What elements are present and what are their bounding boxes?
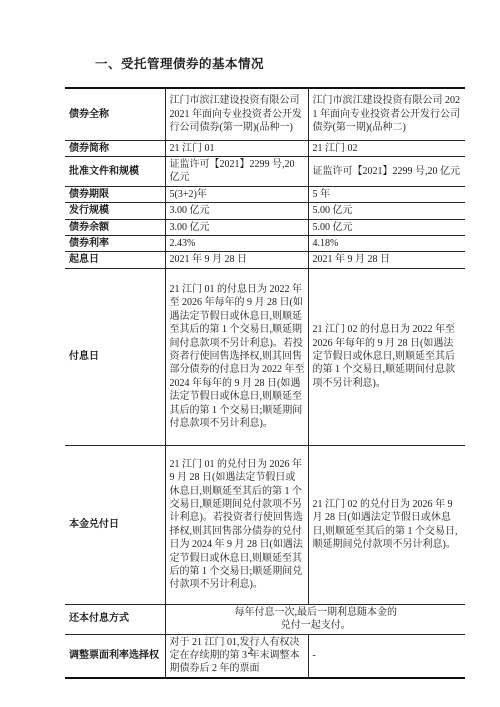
row-label: 付息日 xyxy=(65,268,165,445)
row-label: 起息日 xyxy=(65,252,165,268)
cell-bond1-term: 5(3+2)年 xyxy=(165,186,308,202)
page-number: 2 xyxy=(0,646,500,657)
row-label: 发行规模 xyxy=(65,203,165,219)
section-title: 一、受托管理债券的基本情况 xyxy=(95,54,264,72)
row-label: 债券全称 xyxy=(65,88,165,140)
table-row-approval-document-and-scale: 批准文件和规模 证监许可【2021】2299 号,20 亿元 证监许可【2021… xyxy=(65,156,465,186)
row-label: 批准文件和规模 xyxy=(65,156,165,186)
cell-bond1-short-name: 21 江门 01 xyxy=(165,140,308,156)
cell-bond2-full-name: 江门市滨江建设投资有限公司 2021 年面向专业投资者公开发行公司债券(第一期)… xyxy=(308,88,465,140)
cell-bond2-short-name: 21 江门 02 xyxy=(308,140,465,156)
row-label: 债券余额 xyxy=(65,219,165,235)
cell-bond2-issue-scale: 5.00 亿元 xyxy=(308,203,465,219)
table-row-interest-start-date: 起息日 2021 年 9 月 28 日 2021 年 9 月 28 日 xyxy=(65,252,465,268)
cell-bond2-term: 5 年 xyxy=(308,186,465,202)
row-label: 债券利率 xyxy=(65,235,165,251)
table-row-issue-scale: 发行规模 3.00 亿元 5.00 亿元 xyxy=(65,203,465,219)
row-label: 还本付息方式 xyxy=(65,604,165,634)
repayment-method-line-2: 兑付一起支付。 xyxy=(170,619,463,632)
row-label: 债券期限 xyxy=(65,186,165,202)
table-row-interest-payment-date: 付息日 21 江门 01 的付息日为 2022 年至 2026 年每年的 9 月… xyxy=(65,268,465,445)
cell-bond1-issue-scale: 3.00 亿元 xyxy=(165,203,308,219)
cell-bond1-redemption-date: 21 江门 01 的兑付日为 2026 年 9 月 28 日(如遇法定节假日或休… xyxy=(165,445,308,604)
cell-repayment-method: 每年付息一次,最后一期利息随本金的 兑付一起支付。 xyxy=(165,604,465,634)
bond-info-table: 债券全称 江门市滨江建设投资有限公司 2021 年面向专业投资者公开发行公司债券… xyxy=(65,87,465,679)
cell-bond1-full-name: 江门市滨江建设投资有限公司 2021 年面向专业投资者公开发行公司债券(第一期)… xyxy=(165,88,308,140)
cell-bond2-rate: 4.18% xyxy=(308,235,465,251)
table-row-bond-full-name: 债券全称 江门市滨江建设投资有限公司 2021 年面向专业投资者公开发行公司债券… xyxy=(65,88,465,140)
cell-bond1-start-date: 2021 年 9 月 28 日 xyxy=(165,252,308,268)
cell-bond1-balance: 3.00 亿元 xyxy=(165,219,308,235)
row-label: 本金兑付日 xyxy=(65,445,165,604)
repayment-method-line-1: 每年付息一次,最后一期利息随本金的 xyxy=(170,606,463,619)
table-row-bond-balance: 债券余额 3.00 亿元 5.00 亿元 xyxy=(65,219,465,235)
table-row-repayment-method: 还本付息方式 每年付息一次,最后一期利息随本金的 兑付一起支付。 xyxy=(65,604,465,634)
cell-bond2-approval: 证监许可【2021】2299 号,20 亿元 xyxy=(308,156,465,186)
cell-bond2-balance: 5.00 亿元 xyxy=(308,219,465,235)
table-row-bond-short-name: 债券简称 21 江门 01 21 江门 02 xyxy=(65,140,465,156)
cell-bond1-rate: 2.43% xyxy=(165,235,308,251)
table-row-bond-term: 债券期限 5(3+2)年 5 年 xyxy=(65,186,465,202)
cell-bond1-approval: 证监许可【2021】2299 号,20 亿元 xyxy=(165,156,308,186)
cell-bond1-payment-date: 21 江门 01 的付息日为 2022 年至 2026 年每年的 9 月 28 … xyxy=(165,268,308,445)
cell-bond2-redemption-date: 21 江门 02 的兑付日为 2026 年 9 月 28 日(如遇法定节假日或休… xyxy=(308,445,465,604)
cell-bond2-payment-date: 21 江门 02 的付息日为 2022 年至 2026 年每年的 9 月 28 … xyxy=(308,268,465,445)
table-row-bond-interest-rate: 债券利率 2.43% 4.18% xyxy=(65,235,465,251)
table-row-principal-redemption-date: 本金兑付日 21 江门 01 的兑付日为 2026 年 9 月 28 日(如遇法… xyxy=(65,445,465,604)
document-page: 一、受托管理债券的基本情况 债券全称 江门市滨江建设投资有限公司 2021 年面… xyxy=(0,0,500,707)
row-label: 债券简称 xyxy=(65,140,165,156)
cell-bond2-start-date: 2021 年 9 月 28 日 xyxy=(308,252,465,268)
